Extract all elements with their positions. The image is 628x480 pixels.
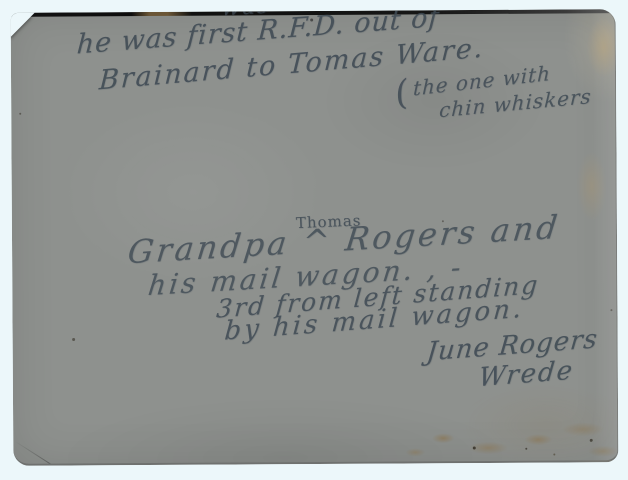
paren-mark: (: [392, 72, 412, 114]
photo-back-card: " was — he was first R.F.D. out of Brain…: [11, 9, 619, 466]
scan-background: " was — he was first R.F.D. out of Brain…: [0, 0, 628, 480]
crease-bottom-left: [15, 441, 64, 466]
corner-cut-top-left: [11, 9, 35, 37]
signature-surname: Wrede: [477, 356, 575, 394]
stain-top-right: [587, 17, 619, 77]
stain-cluster-bottom-right: [403, 409, 618, 465]
